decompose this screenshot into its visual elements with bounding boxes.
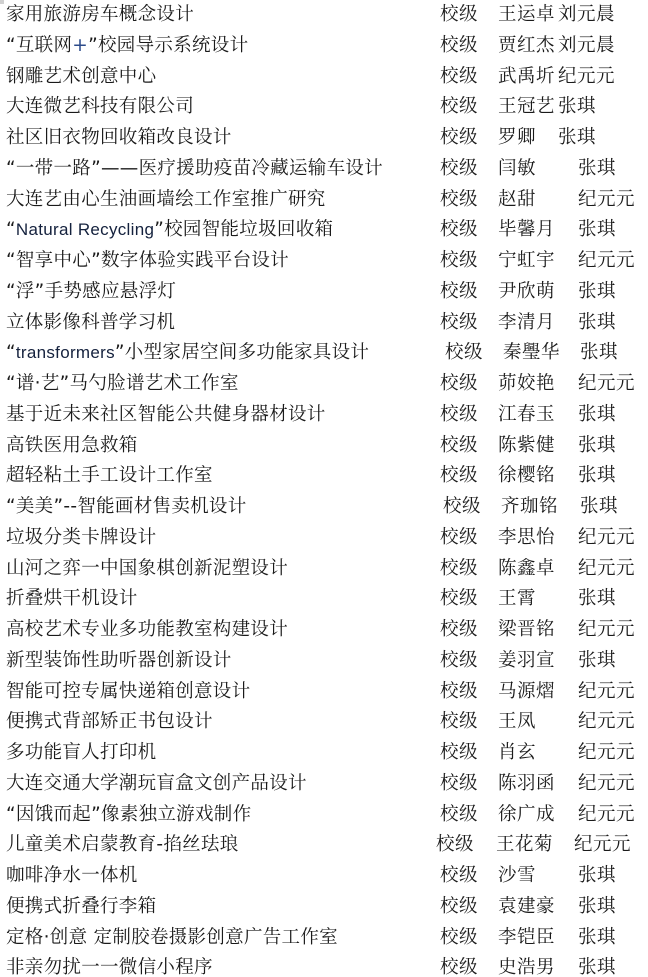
advisor-name: 纪元元 <box>578 677 635 707</box>
advisor-name: 纪元元 <box>578 185 635 215</box>
project-title: “浮”手势感应悬浮灯 <box>6 277 176 307</box>
project-level: 校级 <box>440 615 478 645</box>
list-row: 基于近未来社区智能公共健身器材设计校级江春玉张琪 <box>0 400 648 430</box>
advisor-name: 纪元元 <box>574 830 631 860</box>
advisor-name: 张琪 <box>578 400 616 430</box>
advisor-name: 张琪 <box>578 215 616 245</box>
project-title: 社区旧衣物回收箱改良设计 <box>6 123 232 153</box>
project-title: 定格·创意 定制胶卷摄影创意广告工作室 <box>6 923 338 953</box>
list-row: 儿童美术启蒙教育-掐丝珐琅校级王花菊纪元元 <box>0 830 648 860</box>
advisor-name: 张琪 <box>578 584 616 614</box>
student-name: 李铠臣 <box>498 923 555 953</box>
list-row: “互联网+”校园导示系统设计校级贾红杰刘元晨 <box>0 31 648 61</box>
project-title: 垃圾分类卡牌设计 <box>6 523 156 553</box>
list-row: 便携式折叠行李箱校级袁建豪张琪 <box>0 892 648 922</box>
list-row: 立体影像科普学习机校级李清月张琪 <box>0 308 648 338</box>
project-level: 校级 <box>440 861 478 891</box>
project-level: 校级 <box>440 461 478 491</box>
project-level: 校级 <box>445 338 483 368</box>
project-title: 山河之弈一中国象棋创新泥塑设计 <box>6 554 288 584</box>
student-name: 史浩男 <box>498 953 555 977</box>
project-level: 校级 <box>440 123 478 153</box>
advisor-name: 纪元元 <box>578 738 635 768</box>
student-name: 肖玄 <box>498 738 536 768</box>
project-title: 咖啡净水一体机 <box>6 861 138 891</box>
list-row: “浮”手势感应悬浮灯校级尹欣萌张琪 <box>0 277 648 307</box>
advisor-name: 张琪 <box>578 953 616 977</box>
student-name: 陈羽函 <box>498 769 555 799</box>
project-level: 校级 <box>440 769 478 799</box>
project-title-part: ”校园智能垃圾回收箱 <box>154 219 333 240</box>
project-level: 校级 <box>440 185 478 215</box>
advisor-name: 张琪 <box>578 308 616 338</box>
project-title: 大连艺由心生油画墙绘工作室推广研究 <box>6 185 326 215</box>
student-name: 王凤 <box>498 707 536 737</box>
project-title-part: “互联网 <box>6 35 72 56</box>
list-row: 新型装饰性助听器创新设计校级姜羽宣张琪 <box>0 646 648 676</box>
project-title: 折叠烘干机设计 <box>6 584 138 614</box>
advisor-name: 张琪 <box>578 861 616 891</box>
list-row: 非亲勿扰一一微信小程序校级史浩男张琪 <box>0 953 648 977</box>
student-name: 姜羽宣 <box>498 646 555 676</box>
project-level: 校级 <box>436 830 474 860</box>
project-level: 校级 <box>440 707 478 737</box>
project-title: 高铁医用急救箱 <box>6 431 138 461</box>
project-level: 校级 <box>443 492 481 522</box>
student-name: 李清月 <box>498 308 555 338</box>
project-title: 超轻粘土手工设计工作室 <box>6 461 213 491</box>
advisor-name: 纪元元 <box>578 615 635 645</box>
student-name: 陈紫健 <box>498 431 555 461</box>
project-level: 校级 <box>440 923 478 953</box>
project-level: 校级 <box>440 92 478 122</box>
student-name: 王运卓 <box>498 0 555 30</box>
project-level: 校级 <box>440 31 478 61</box>
project-level: 校级 <box>440 277 478 307</box>
advisor-name: 张琪 <box>578 431 616 461</box>
advisor-name: 张琪 <box>578 277 616 307</box>
project-level: 校级 <box>440 523 478 553</box>
project-level: 校级 <box>440 738 478 768</box>
advisor-name: 刘元晨 <box>558 31 615 61</box>
advisor-name: 张琪 <box>578 154 616 184</box>
project-title: 便携式折叠行李箱 <box>6 892 156 922</box>
project-list: 家用旅游房车概念设计校级王运卓刘元晨“互联网+”校园导示系统设计校级贾红杰刘元晨… <box>0 0 648 977</box>
project-title: 儿童美术启蒙教育-掐丝珐琅 <box>6 830 239 860</box>
project-title: “Natural Recycling”校园智能垃圾回收箱 <box>6 215 333 245</box>
list-row: 垃圾分类卡牌设计校级李思怡纪元元 <box>0 523 648 553</box>
advisor-name: 张琪 <box>578 646 616 676</box>
project-level: 校级 <box>440 584 478 614</box>
student-name: 徐樱铭 <box>498 461 555 491</box>
advisor-name: 纪元元 <box>578 369 635 399</box>
project-title: 新型装饰性助听器创新设计 <box>6 646 232 676</box>
advisor-name: 刘元晨 <box>558 0 615 30</box>
list-row: 高校艺术专业多功能教室构建设计校级梁晋铭纪元元 <box>0 615 648 645</box>
project-title: 便携式背部矫正书包设计 <box>6 707 213 737</box>
project-title: “谱·艺”马勺脸谱艺术工作室 <box>6 369 239 399</box>
project-level: 校级 <box>440 154 478 184</box>
student-name: 梁晋铭 <box>498 615 555 645</box>
project-title: 高校艺术专业多功能教室构建设计 <box>6 615 288 645</box>
project-title: “互联网+”校园导示系统设计 <box>6 31 248 61</box>
project-title-part: transformers <box>16 343 115 362</box>
list-row: “美美”--智能画材售卖机设计校级齐珈铭张琪 <box>0 492 648 522</box>
student-name: 赵甜 <box>498 185 536 215</box>
list-row: 咖啡净水一体机校级沙雪张琪 <box>0 861 648 891</box>
project-title-part: + <box>72 35 88 56</box>
list-row: 大连艺由心生油画墙绘工作室推广研究校级赵甜纪元元 <box>0 185 648 215</box>
project-level: 校级 <box>440 800 478 830</box>
advisor-name: 纪元元 <box>558 62 615 92</box>
list-row: 超轻粘土手工设计工作室校级徐樱铭张琪 <box>0 461 648 491</box>
student-name: 罗卿 <box>498 123 536 153</box>
list-row: “因饿而起”像素独立游戏制作校级徐广成纪元元 <box>0 800 648 830</box>
advisor-name: 张琪 <box>578 892 616 922</box>
project-level: 校级 <box>440 400 478 430</box>
student-name: 马源熠 <box>498 677 555 707</box>
student-name: 王花菊 <box>496 830 553 860</box>
list-row: 多功能盲人打印机校级肖玄纪元元 <box>0 738 648 768</box>
project-level: 校级 <box>440 62 478 92</box>
project-title-part: “ <box>6 219 16 240</box>
project-title: 大连微艺科技有限公司 <box>6 92 194 122</box>
advisor-name: 张琪 <box>578 923 616 953</box>
student-name: 徐广成 <box>498 800 555 830</box>
student-name: 袁建豪 <box>498 892 555 922</box>
advisor-name: 纪元元 <box>578 800 635 830</box>
advisor-name: 张琪 <box>578 461 616 491</box>
list-row: 便携式背部矫正书包设计校级王凤纪元元 <box>0 707 648 737</box>
list-row: “Natural Recycling”校园智能垃圾回收箱校级毕馨月张琪 <box>0 215 648 245</box>
student-name: 宁虹宇 <box>498 246 555 276</box>
list-row: 智能可控专属快递箱创意设计校级马源熠纪元元 <box>0 677 648 707</box>
project-title: “因饿而起”像素独立游戏制作 <box>6 800 251 830</box>
student-name: 贾红杰 <box>498 31 555 61</box>
advisor-name: 张琪 <box>580 492 618 522</box>
student-name: 尹欣萌 <box>498 277 555 307</box>
project-title: “一带一路”——医疗援助疫苗冷藏运输车设计 <box>6 154 383 184</box>
project-level: 校级 <box>440 554 478 584</box>
project-level: 校级 <box>440 677 478 707</box>
advisor-name: 纪元元 <box>578 554 635 584</box>
project-level: 校级 <box>440 892 478 922</box>
advisor-name: 张琪 <box>580 338 618 368</box>
list-row: 钢雕艺术创意中心校级武禹圻纪元元 <box>0 62 648 92</box>
project-level: 校级 <box>440 0 478 30</box>
project-title: 非亲勿扰一一微信小程序 <box>6 953 213 977</box>
student-name: 秦璺华 <box>503 338 560 368</box>
advisor-name: 张琪 <box>558 123 596 153</box>
student-name: 江春玉 <box>498 400 555 430</box>
project-title: 多功能盲人打印机 <box>6 738 156 768</box>
list-row: 社区旧衣物回收箱改良设计校级罗卿张琪 <box>0 123 648 153</box>
project-title: 基于近未来社区智能公共健身器材设计 <box>6 400 326 430</box>
student-name: 沙雪 <box>498 861 536 891</box>
project-title: 家用旅游房车概念设计 <box>6 0 194 30</box>
project-title: “transformers”小型家居空间多功能家具设计 <box>6 338 369 368</box>
student-name: 王冠艺 <box>498 92 555 122</box>
project-title: 钢雕艺术创意中心 <box>6 62 156 92</box>
project-title-part: “ <box>6 342 16 363</box>
student-name: 武禹圻 <box>498 62 555 92</box>
project-title-part: ”校园导示系统设计 <box>88 35 248 56</box>
student-name: 毕馨月 <box>498 215 555 245</box>
list-row: 大连微艺科技有限公司校级王冠艺张琪 <box>0 92 648 122</box>
project-title: 智能可控专属快递箱创意设计 <box>6 677 250 707</box>
list-row: “谱·艺”马勺脸谱艺术工作室校级茆姣艳纪元元 <box>0 369 648 399</box>
advisor-name: 纪元元 <box>578 523 635 553</box>
project-title-part: Natural Recycling <box>16 220 154 239</box>
list-row: 折叠烘干机设计校级王霄张琪 <box>0 584 648 614</box>
project-title-part: ”小型家居空间多功能家具设计 <box>115 342 369 363</box>
list-row: “transformers”小型家居空间多功能家具设计校级秦璺华张琪 <box>0 338 648 368</box>
project-level: 校级 <box>440 431 478 461</box>
list-row: 山河之弈一中国象棋创新泥塑设计校级陈鑫卓纪元元 <box>0 554 648 584</box>
list-row: 家用旅游房车概念设计校级王运卓刘元晨 <box>0 0 648 30</box>
student-name: 王霄 <box>498 584 536 614</box>
project-title: 立体影像科普学习机 <box>6 308 175 338</box>
project-level: 校级 <box>440 646 478 676</box>
list-row: 定格·创意 定制胶卷摄影创意广告工作室校级李铠臣张琪 <box>0 923 648 953</box>
project-title: 大连交通大学潮玩盲盒文创产品设计 <box>6 769 307 799</box>
project-level: 校级 <box>440 308 478 338</box>
student-name: 茆姣艳 <box>498 369 555 399</box>
project-level: 校级 <box>440 215 478 245</box>
list-row: “智享中心”数字体验实践平台设计校级宁虹宇纪元元 <box>0 246 648 276</box>
advisor-name: 纪元元 <box>578 707 635 737</box>
advisor-name: 张琪 <box>558 92 596 122</box>
student-name: 李思怡 <box>498 523 555 553</box>
advisor-name: 纪元元 <box>578 246 635 276</box>
student-name: 陈鑫卓 <box>498 554 555 584</box>
list-row: “一带一路”——医疗援助疫苗冷藏运输车设计校级闫敏张琪 <box>0 154 648 184</box>
student-name: 齐珈铭 <box>501 492 558 522</box>
student-name: 闫敏 <box>498 154 536 184</box>
advisor-name: 纪元元 <box>578 769 635 799</box>
list-row: 大连交通大学潮玩盲盒文创产品设计校级陈羽函纪元元 <box>0 769 648 799</box>
project-level: 校级 <box>440 246 478 276</box>
project-title: “智享中心”数字体验实践平台设计 <box>6 246 289 276</box>
project-title: “美美”--智能画材售卖机设计 <box>6 492 247 522</box>
project-level: 校级 <box>440 953 478 977</box>
list-row: 高铁医用急救箱校级陈紫健张琪 <box>0 431 648 461</box>
project-level: 校级 <box>440 369 478 399</box>
